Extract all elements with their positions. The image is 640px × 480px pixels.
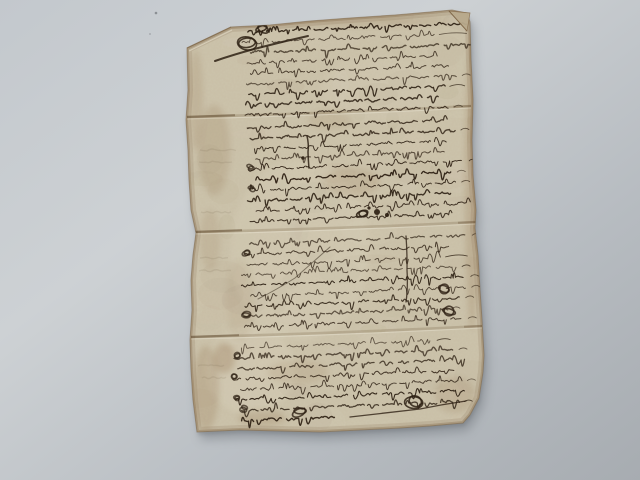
manuscript-photo [0, 0, 640, 480]
stain [200, 210, 220, 270]
stain [324, 168, 380, 196]
ink-blot [374, 209, 380, 215]
crease-stain-right [464, 326, 482, 327]
surface-speck [155, 12, 158, 15]
stain [268, 360, 328, 384]
ink-blot [301, 156, 305, 160]
stain [226, 260, 254, 340]
ink-blot [367, 206, 370, 209]
ink-blot [385, 213, 389, 217]
stain [189, 50, 203, 150]
stain [213, 343, 235, 373]
surface-speck [149, 33, 151, 35]
photo-canvas [0, 0, 640, 480]
crease-stain-right [458, 222, 476, 223]
